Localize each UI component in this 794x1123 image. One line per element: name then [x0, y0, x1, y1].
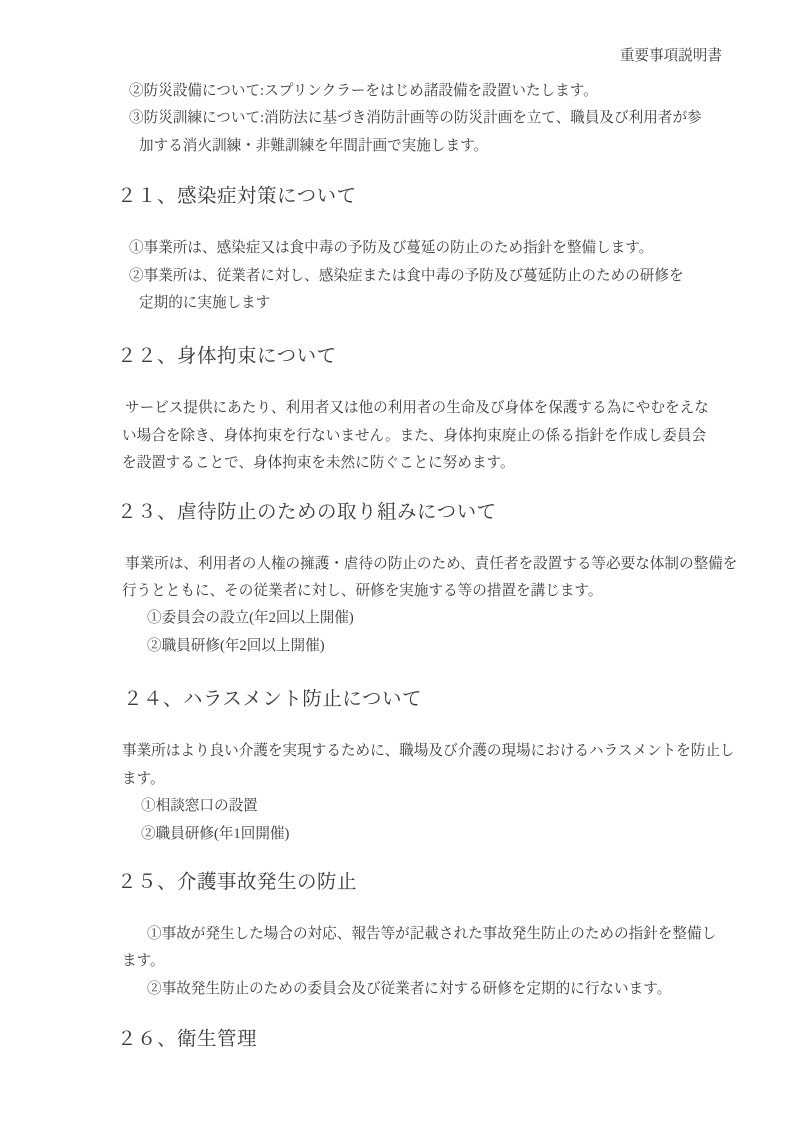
section-25-line-2: ます。: [122, 948, 794, 975]
section-24-heading: ２４、ハラスメント防止について: [123, 686, 794, 714]
intro-line-fire-drill: ③防災訓練について:消防法に基づき消防計画等の防災計画を立て、職員及び利用者が参: [129, 105, 794, 132]
section-21-line-1: ①事業所は、感染症又は食中毒の予防及び蔓延の防止のため指針を整備します。: [129, 235, 794, 262]
section-22-heading: ２２、身体拘束について: [117, 343, 794, 371]
section-24-item-consultation-desk: ①相談窓口の設置: [141, 793, 794, 820]
section-23-item-committee: ①委員会の設立(年2回以上開催): [147, 605, 794, 632]
section-24-line-1: 事業所はより良い介護を実現するために、職場及び介護の現場におけるハラスメントを防…: [122, 738, 794, 765]
section-24-item-staff-training: ②職員研修(年1回開催): [141, 821, 794, 848]
section-21-line-3: 定期的に実施します: [139, 290, 794, 317]
intro-line-fire-equipment: ②防災設備について:スプリンクラーをはじめ諸設備を設置いたします。: [129, 78, 794, 105]
document-page: 重要事項説明書 ②防災設備について:スプリンクラーをはじめ諸設備を設置いたします…: [0, 0, 794, 1123]
section-21-heading: ２１、感染症対策について: [117, 183, 794, 211]
section-21-line-2: ②事業所は、従業者に対し、感染症または食中毒の予防及び蔓延防止のための研修を: [129, 263, 794, 290]
section-23-line-1: 事業所は、利用者の人権の擁護・虐待の防止のため、責任者を設置する等必要な体制の整…: [125, 551, 794, 578]
section-23-item-staff-training: ②職員研修(年2回以上開催): [147, 633, 794, 660]
section-24-line-2: ます。: [122, 766, 794, 793]
section-23-heading: ２３、虐待防止のための取り組みについて: [117, 499, 794, 527]
section-22-line-3: を設置することで、身体拘束を未然に防ぐことに努めます。: [122, 450, 794, 477]
document-header: 重要事項説明書: [0, 46, 794, 66]
intro-line-fire-drill-continued: 加する消火訓練・非難訓練を年間計画で実施します。: [139, 133, 794, 160]
section-25-line-3: ②事故発生防止のための委員会及び従業者に対する研修を定期的に行ないます。: [147, 976, 794, 1003]
section-23-line-2: 行うとともに、その従業者に対し、研修を実施する等の措置を講じます。: [122, 578, 794, 605]
section-25-line-1: ①事故が発生した場合の対応、報告等が記載された事故発生防止のための指針を整備し: [147, 921, 794, 948]
section-22-line-1: サービス提供にあたり、利用者又は他の利用者の生命及び身体を保護する為にやむをえな: [125, 395, 794, 422]
section-25-heading: ２５、介護事故発生の防止: [117, 869, 794, 897]
section-22-line-2: い場合を除き、身体拘束を行ないません。また、身体拘束廃止の係る指針を作成し委員会: [122, 423, 794, 450]
section-26-heading: ２６、衛生管理: [117, 1026, 794, 1054]
intro-block: ②防災設備について:スプリンクラーをはじめ諸設備を設置いたします。 ③防災訓練に…: [0, 78, 794, 160]
